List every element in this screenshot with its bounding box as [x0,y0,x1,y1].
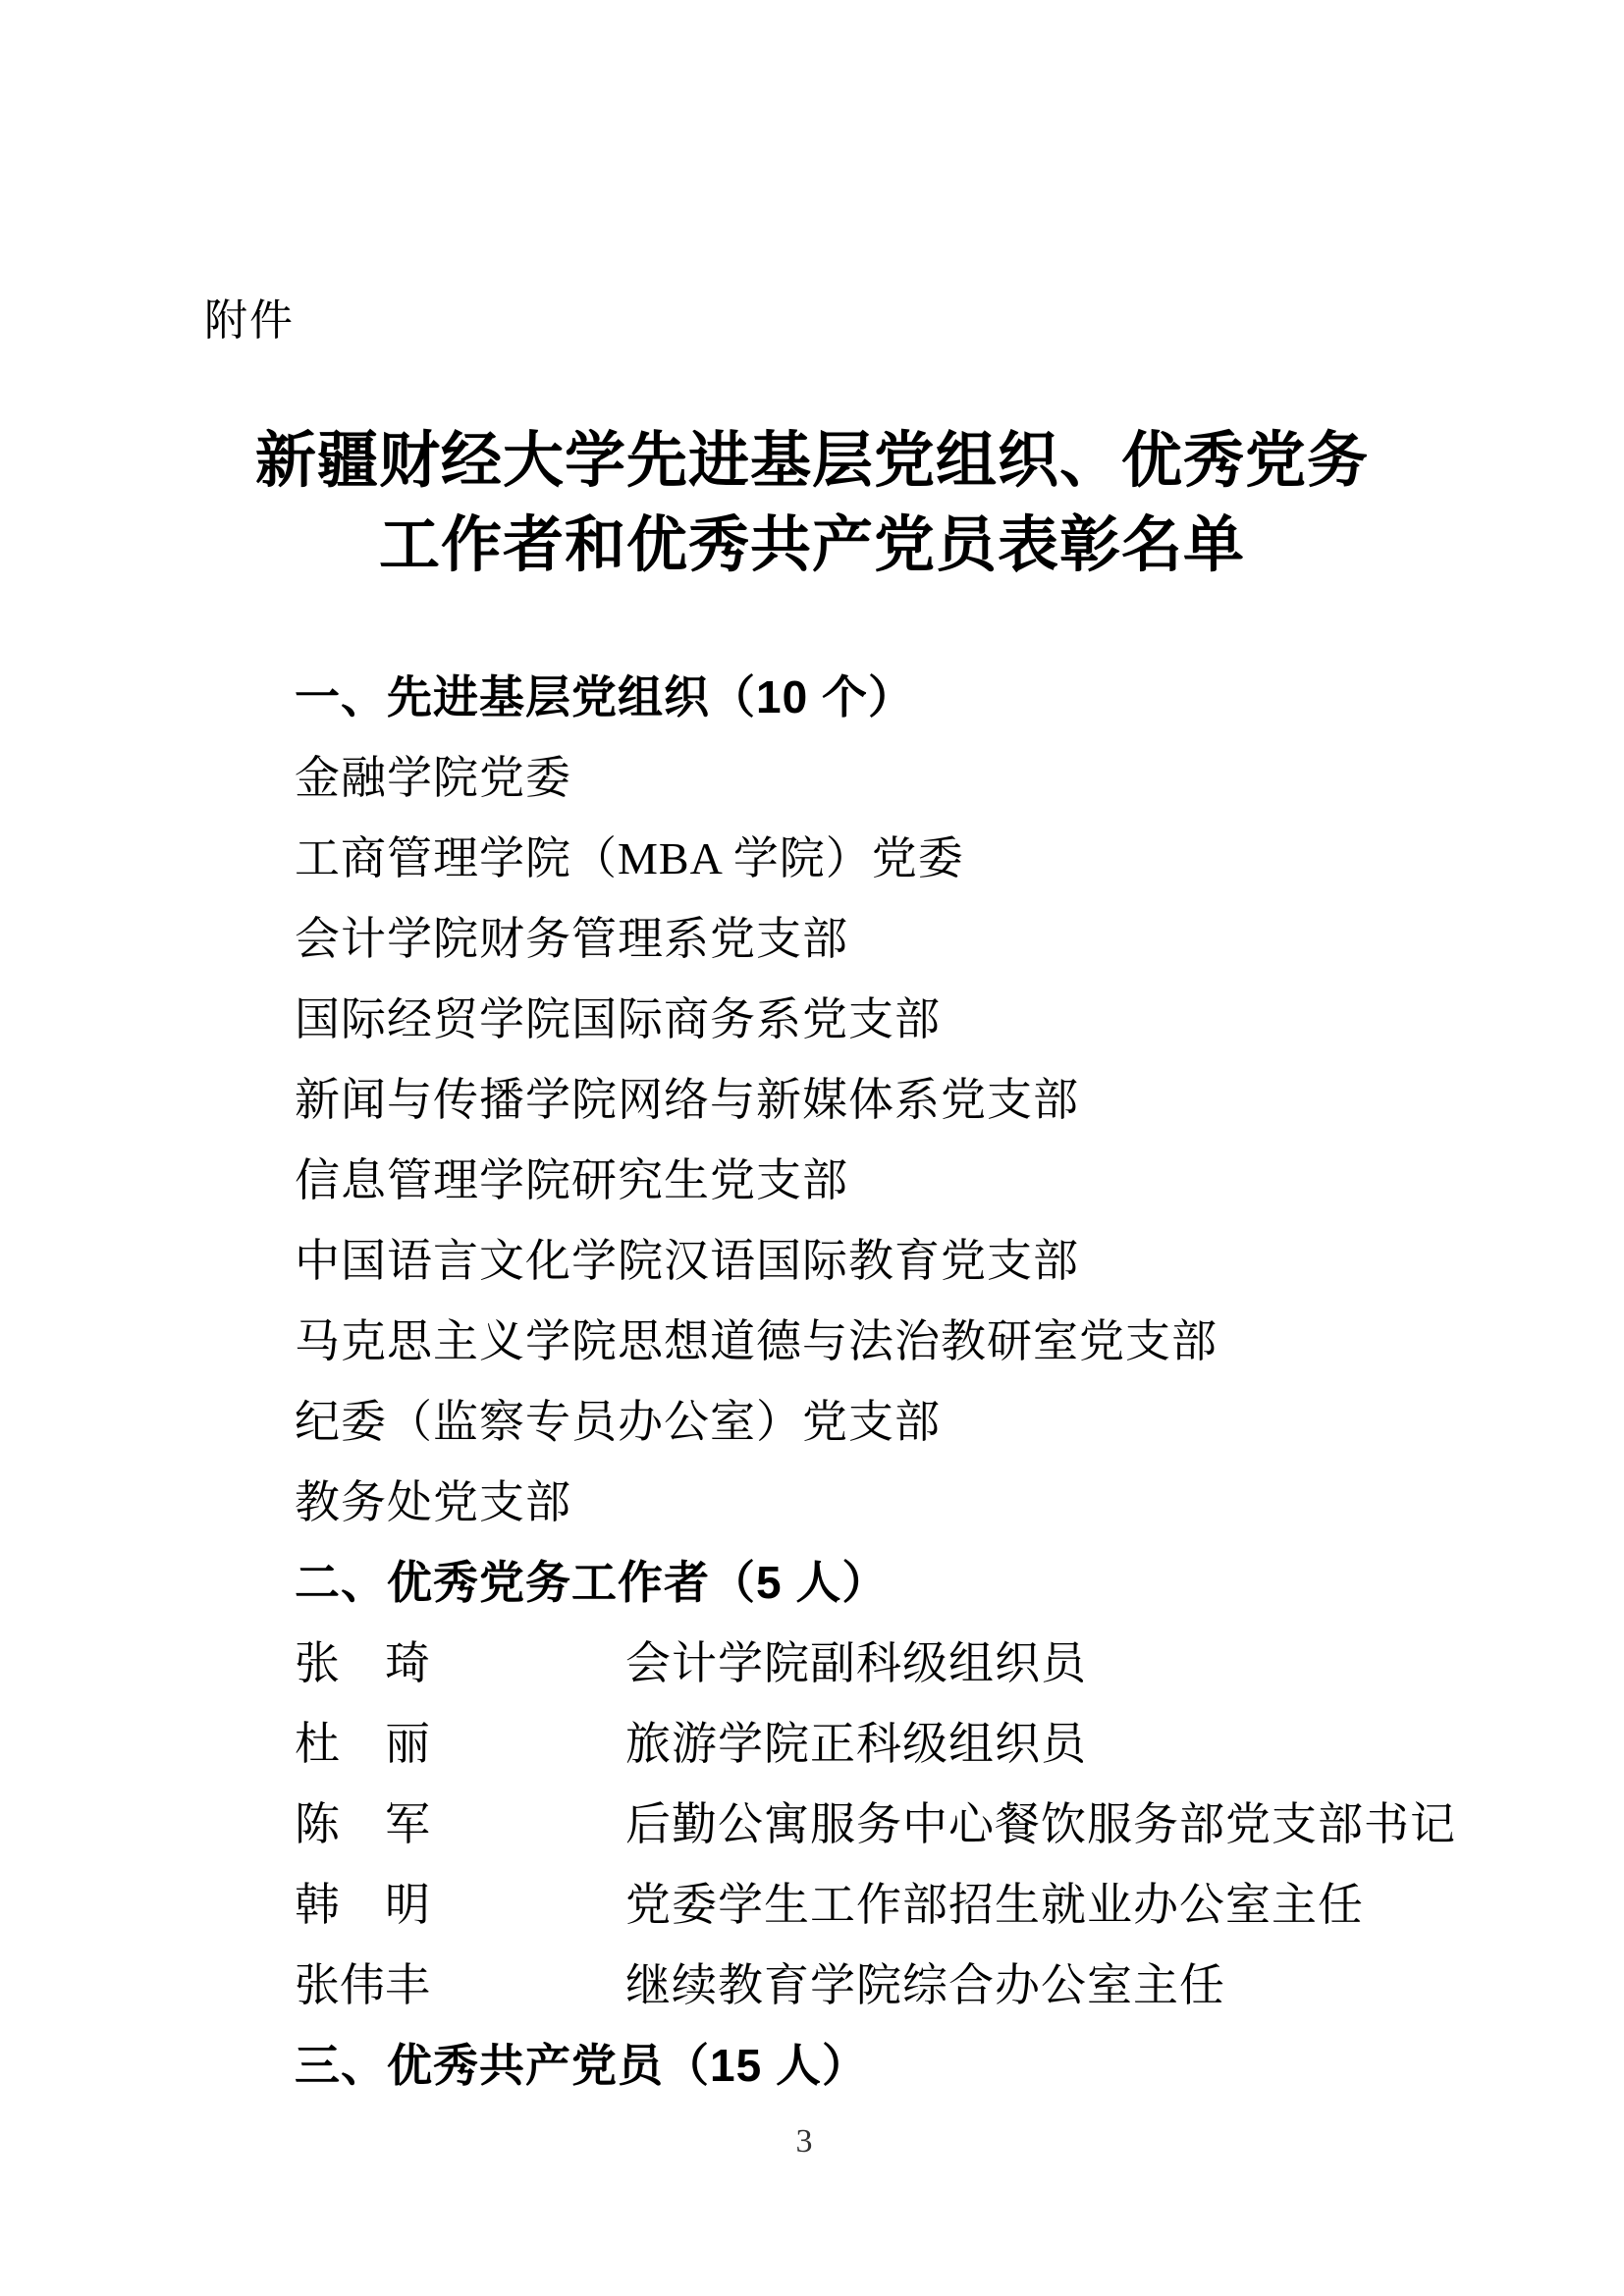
list-item: 教务处党支部 [204,1459,1477,1539]
document-title-line-2: 工作者和优秀共产党员表彰名单 [0,504,1624,588]
list-item: 新闻与传播学院网络与新媒体系党支部 [204,1056,1477,1137]
awardee-name: 张伟丰 [295,1949,625,2014]
awardee-position: 党委学生工作部招生就业办公室主任 [625,1869,1364,1934]
awardee-row: 陈 军 后勤公寓服务中心餐饮服务部党支部书记 [204,1781,1477,1861]
list-item: 国际经贸学院国际商务系党支部 [204,976,1477,1056]
page-number: 3 [0,2120,1608,2163]
awardee-name: 韩 明 [295,1869,625,1934]
section-heading-outstanding-party-members: 三、优秀共产党员（15 人） [204,2022,1477,2103]
awardee-name: 张 琦 [295,1628,625,1692]
list-item: 金融学院党委 [204,734,1477,815]
awardee-name: 杜 丽 [295,1708,625,1773]
list-item: 马克思主义学院思想道德与法治教研室党支部 [204,1298,1477,1378]
document-title: 新疆财经大学先进基层党组织、优秀党务 工作者和优秀共产党员表彰名单 [0,419,1624,588]
awardee-position: 旅游学院正科级组织员 [625,1708,1087,1773]
document-title-line-1: 新疆财经大学先进基层党组织、优秀党务 [0,419,1624,504]
awardee-row: 张 琦 会计学院副科级组织员 [204,1620,1477,1700]
attachment-label: 附件 [204,296,295,346]
section-heading-advanced-grassroots-party-organizations: 一、先进基层党组织（10 个） [204,654,1477,734]
awardee-position: 后勤公寓服务中心餐饮服务部党支部书记 [625,1789,1456,1853]
list-item: 纪委（监察专员办公室）党支部 [204,1378,1477,1459]
list-item: 信息管理学院研究生党支部 [204,1137,1477,1217]
awardee-row: 张伟丰 继续教育学院综合办公室主任 [204,1942,1477,2022]
awardee-row: 杜 丽 旅游学院正科级组织员 [204,1700,1477,1781]
document-body: 一、先进基层党组织（10 个） 金融学院党委 工商管理学院（MBA 学院）党委 … [204,654,1477,2103]
list-item: 工商管理学院（MBA 学院）党委 [204,815,1477,895]
list-item: 会计学院财务管理系党支部 [204,895,1477,976]
awardee-position: 会计学院副科级组织员 [625,1628,1087,1692]
section-heading-outstanding-party-affairs-workers: 二、优秀党务工作者（5 人） [204,1539,1477,1620]
awardee-name: 陈 军 [295,1789,625,1853]
document-page: 附件 新疆财经大学先进基层党组织、优秀党务 工作者和优秀共产党员表彰名单 一、先… [0,0,1624,2296]
awardee-row: 韩 明 党委学生工作部招生就业办公室主任 [204,1861,1477,1942]
list-item: 中国语言文化学院汉语国际教育党支部 [204,1217,1477,1298]
awardee-position: 继续教育学院综合办公室主任 [625,1949,1225,2014]
